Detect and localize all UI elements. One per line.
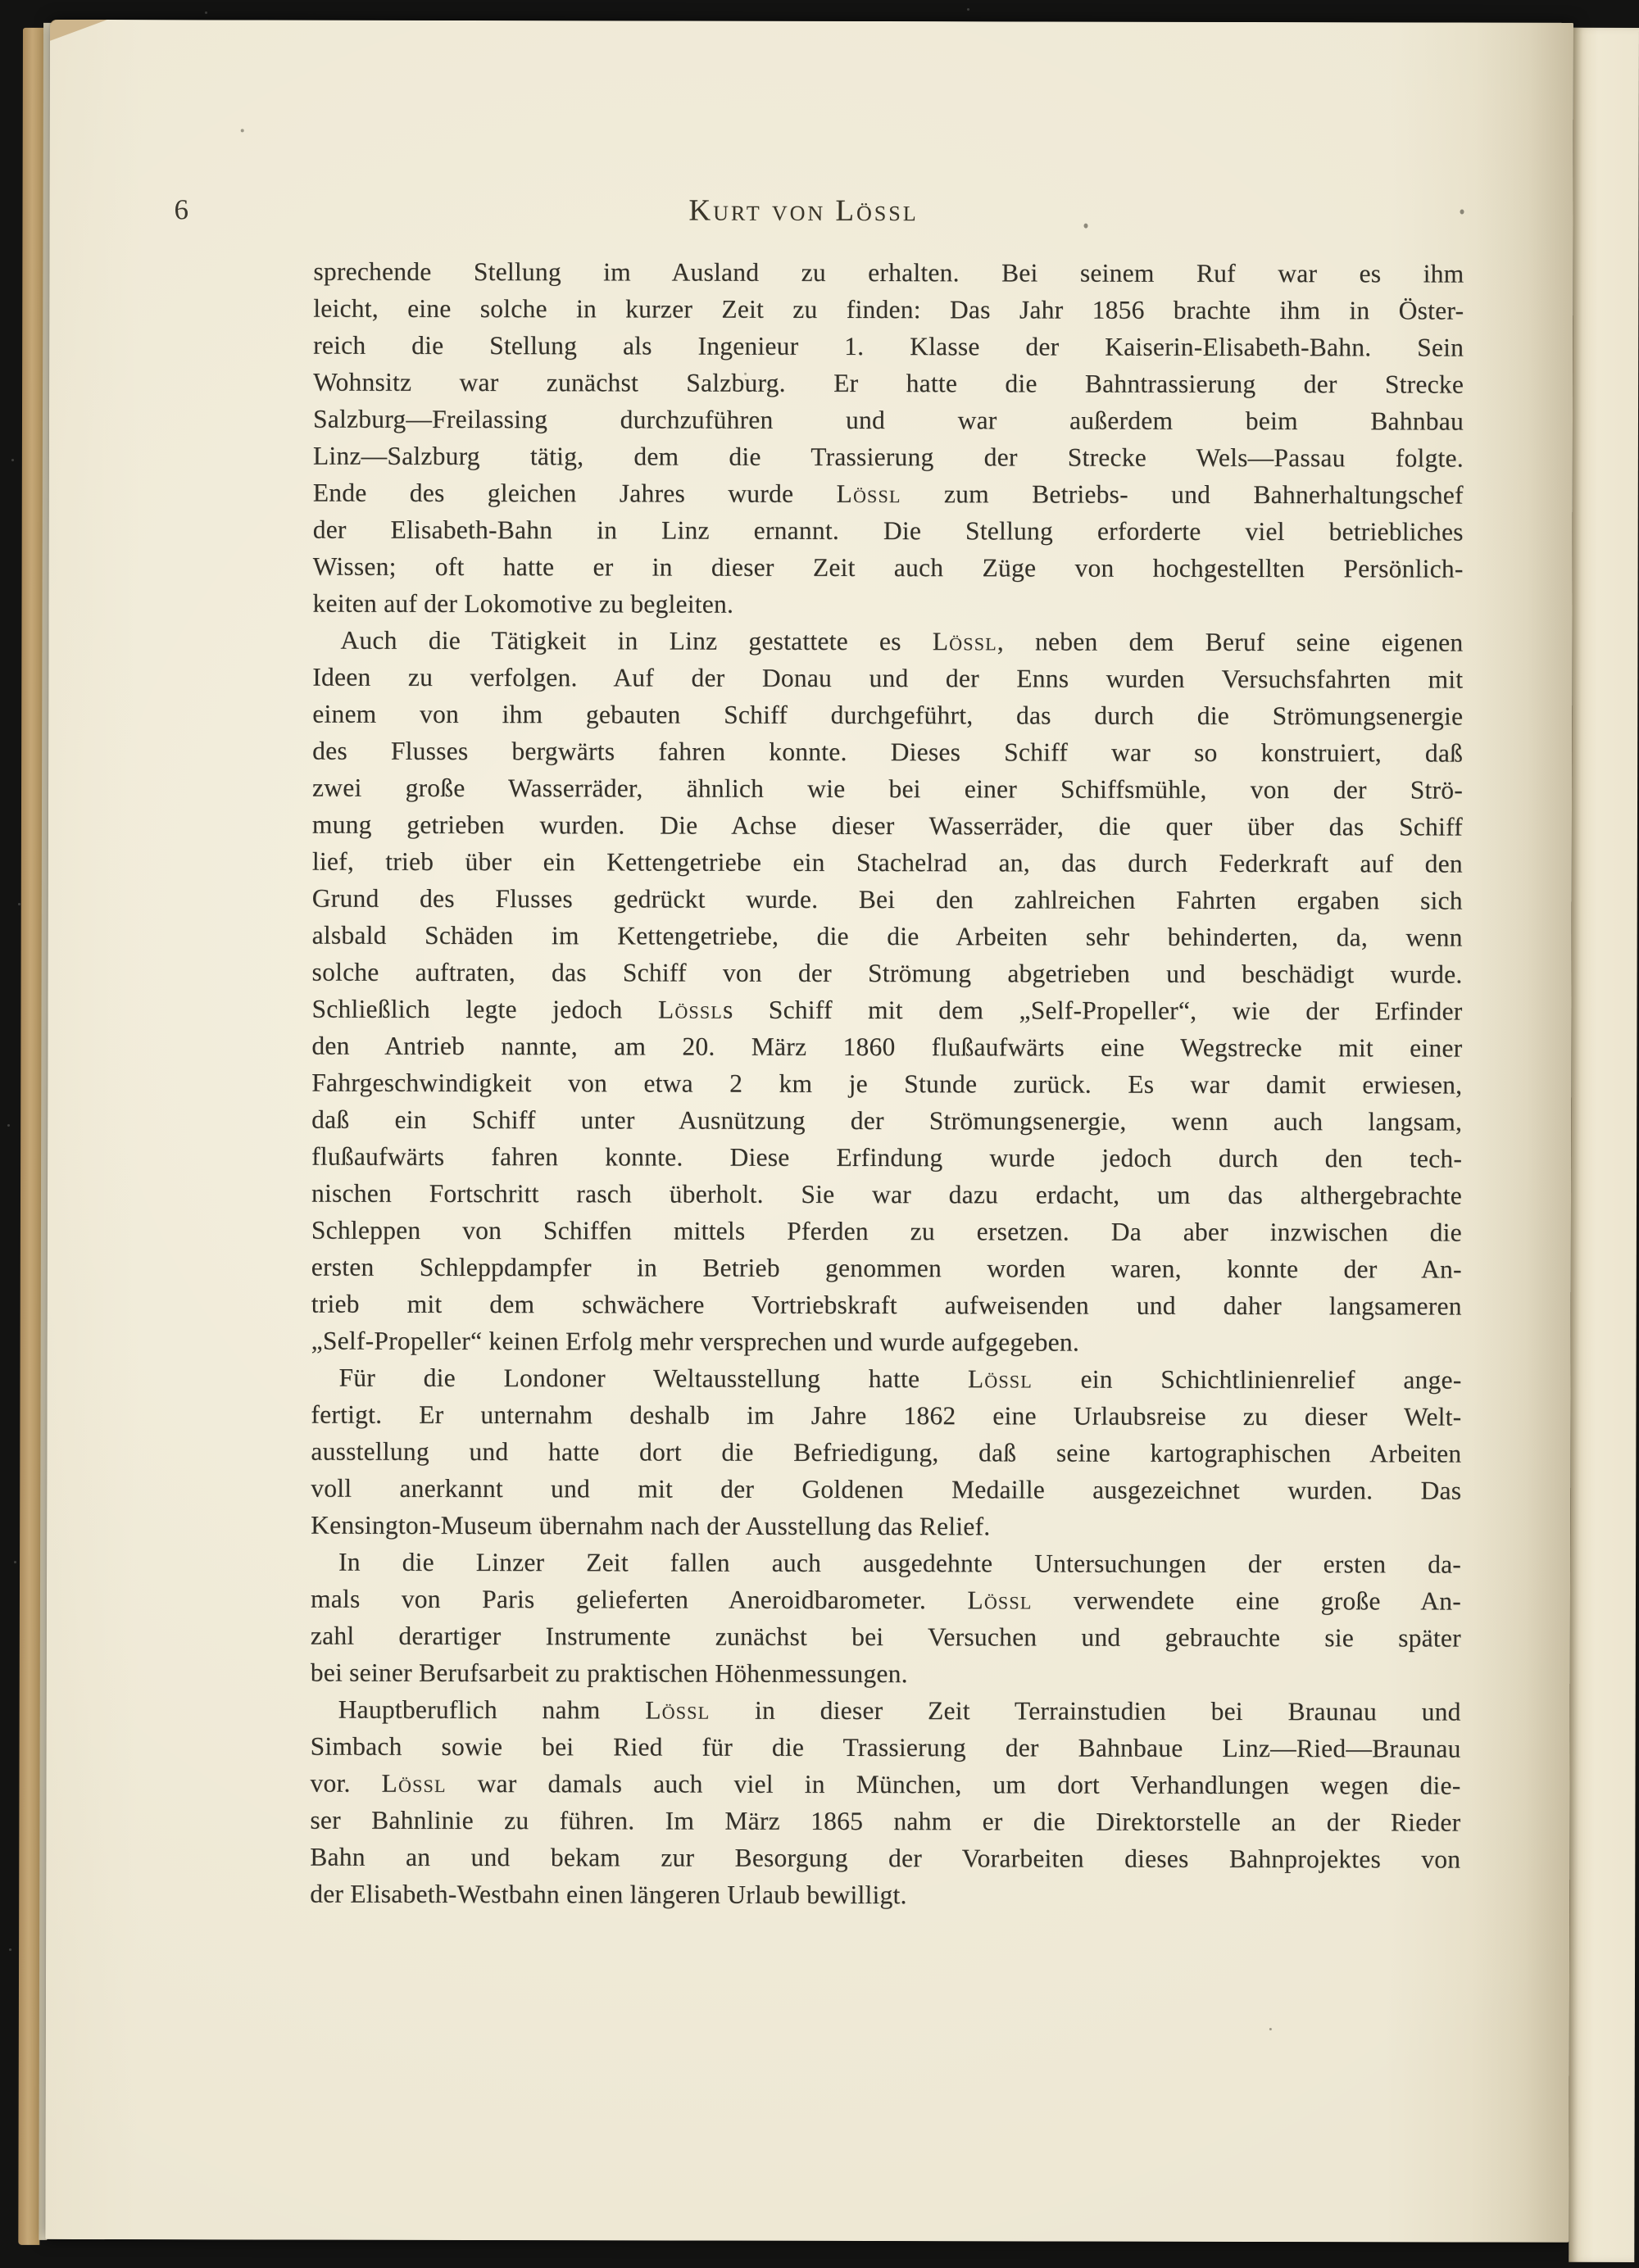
text-line: mung getrieben wurden. Die Achse dieser … (312, 806, 1463, 846)
paragraph: In die Linzer Zeit fallen auch ausgedehn… (311, 1544, 1461, 1694)
text-line: der Elisabeth-Bahn in Linz ernannt. Die … (313, 511, 1464, 551)
scanner-background: { "scan": { "background_color": "#131312… (0, 0, 1639, 2268)
text-line: daß ein Schiff unter Ausnützung der Strö… (311, 1101, 1462, 1141)
paragraph: Auch die Tätigkeit in Linz gestattete es… (311, 622, 1464, 1362)
text-line: ersten Schleppdampfer in Betrieb genomme… (311, 1249, 1462, 1288)
paragraph: sprechende Stellung im Ausland zu erhalt… (312, 253, 1464, 624)
text-line: ausstellung und hatte dort die Befriedig… (311, 1433, 1461, 1472)
text-line: mals von Paris gelieferten Aneroidbarome… (311, 1581, 1461, 1620)
text-line: Salzburg—Freilassing durchzuführen und w… (313, 401, 1464, 440)
facing-page-sliver (1569, 28, 1639, 2262)
text-line: solche auftraten, das Schiff von der Str… (312, 954, 1463, 993)
text-line: flußaufwärts fahren konnte. Diese Erfind… (311, 1138, 1462, 1177)
text-line: Simbach sowie bei Ried für die Trassieru… (311, 1728, 1461, 1767)
text-line: Hauptberuflich nahm Lössl in dieser Zeit… (311, 1691, 1461, 1730)
text-line: Wissen; oft hatte er in dieser Zeit auch… (313, 548, 1464, 587)
running-header: Kurt von Lössl (688, 193, 918, 229)
text-line: Grund des Flusses gedrückt wurde. Bei de… (312, 880, 1463, 919)
paragraph: Für die Londoner Weltausstellung hatte L… (311, 1359, 1461, 1546)
text-line: lief, trieb über ein Kettengetriebe ein … (312, 843, 1463, 882)
book-page: 6 Kurt von Lössl sprechende Stellung im … (45, 20, 1573, 2243)
text-line: reich die Stellung als Ingenieur 1. Klas… (313, 327, 1464, 366)
text-line: Auch die Tätigkeit in Linz gestattete es… (312, 622, 1463, 661)
text-line: Kensington-Museum übernahm nach der Auss… (311, 1507, 1461, 1546)
text-line: Ideen zu verfolgen. Auf der Donau und de… (312, 659, 1463, 698)
text-line: der Elisabeth-Westbahn einen längeren Ur… (310, 1876, 1460, 1915)
text-line: des Flusses bergwärts fahren konnte. Die… (312, 733, 1463, 772)
text-line: „Self-Propeller“ keinen Erfolg mehr vers… (311, 1322, 1462, 1362)
text-line: Schleppen von Schiffen mittels Pferden z… (311, 1212, 1462, 1251)
text-line: vor. Lössl war damals auch viel in Münch… (310, 1765, 1460, 1804)
scanned-book: 6 Kurt von Lössl sprechende Stellung im … (0, 0, 1639, 2268)
page-number: 6 (174, 193, 189, 226)
text-line: In die Linzer Zeit fallen auch ausgedehn… (311, 1544, 1461, 1583)
paragraph: Hauptberuflich nahm Lössl in dieser Zeit… (310, 1691, 1461, 1915)
text-line: nischen Fortschritt rasch überholt. Sie … (311, 1175, 1462, 1214)
text-line: den Antrieb nannte, am 20. März 1860 flu… (311, 1027, 1462, 1067)
text-line: bei seiner Berufsarbeit zu praktischen H… (311, 1654, 1461, 1694)
paper-speck (241, 129, 244, 132)
gutter-shadow (1470, 23, 1573, 2243)
text-line: ser Bahnlinie zu führen. Im März 1865 na… (310, 1802, 1460, 1841)
text-line: Schließlich legte jedoch Lössls Schiff m… (311, 991, 1462, 1030)
text-line: einem von ihm gebauten Schiff durchgefüh… (312, 696, 1463, 735)
text-line: Linz—Salzburg tätig, dem die Trassierung… (313, 438, 1464, 477)
text-line: Bahn an und bekam zur Besorgung der Vora… (310, 1839, 1460, 1878)
text-line: Wohnsitz war zunächst Salzburg. Er hatte… (313, 364, 1464, 403)
text-line: sprechende Stellung im Ausland zu erhalt… (313, 253, 1464, 293)
text-line: fertigt. Er unternahm deshalb im Jahre 1… (311, 1396, 1461, 1436)
page-corner-fold (50, 20, 107, 41)
text-line: Ende des gleichen Jahres wurde Lössl zum… (313, 474, 1464, 514)
text-line: keiten auf der Lokomotive zu begleiten. (312, 585, 1463, 624)
text-line: Für die Londoner Weltausstellung hatte L… (311, 1359, 1461, 1399)
text-line: trieb mit dem schwächere Vortriebskraft … (311, 1286, 1462, 1325)
text-line: zahl derartiger Instrumente zunächst bei… (311, 1617, 1461, 1657)
text-line: voll anerkannt und mit der Goldenen Meda… (311, 1470, 1461, 1509)
paper-speck (1269, 2028, 1272, 2030)
ink-speck (1460, 210, 1464, 215)
text-line: alsbald Schäden im Kettengetriebe, die d… (312, 917, 1463, 956)
ink-speck (1083, 224, 1087, 229)
text-line: leicht, eine solche in kurzer Zeit zu fi… (313, 290, 1464, 329)
text-line: zwei große Wasserräder, ähnlich wie bei … (312, 769, 1463, 809)
text-line: Fahrgeschwindigkeit von etwa 2 km je Stu… (311, 1064, 1462, 1104)
text-block: sprechende Stellung im Ausland zu erhalt… (310, 253, 1464, 1915)
